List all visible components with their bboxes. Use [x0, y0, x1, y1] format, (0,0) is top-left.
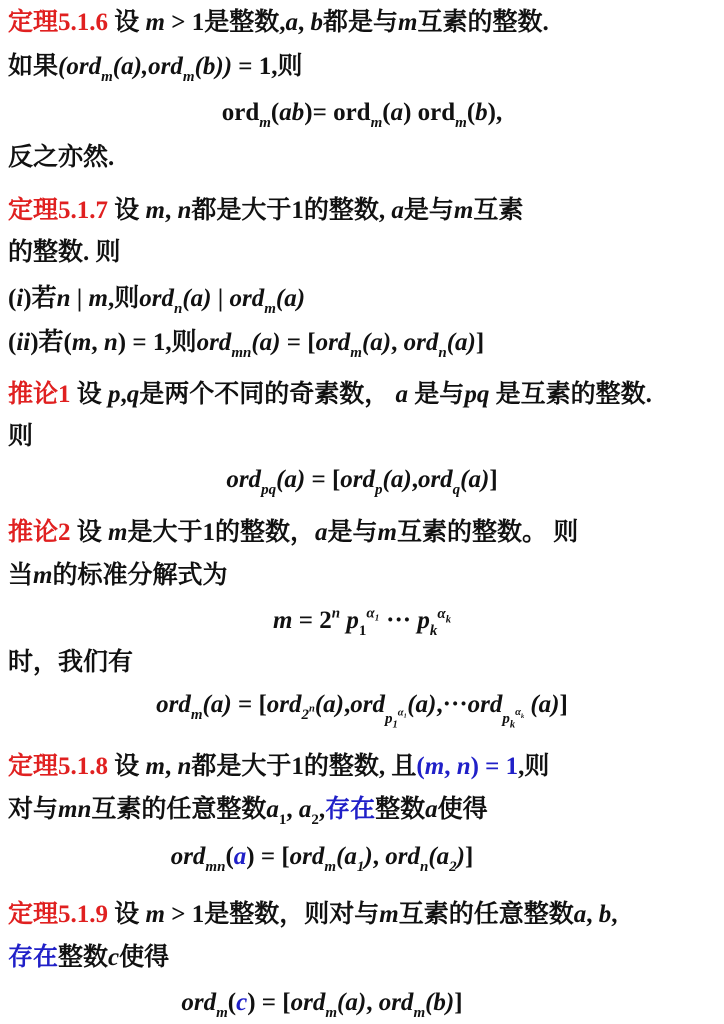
corollary-2-formula: ordm(a) = [ord2n(a),ordp1α₁(a),···ordpkα…: [0, 690, 724, 725]
theorem-5-1-9-formula: ordm(c) = [ordm(a), ordm(b)]: [0, 988, 724, 1018]
theorem-5-1-7-statement: 定理5.1.7 设 m, n都是大于1的整数, a是与m互素: [8, 196, 523, 226]
corollary-1-formula: ordpq(a) = [ordp(a),ordq(a)]: [0, 465, 724, 495]
theorem-5-1-9-line2: 存在整数c使得: [8, 943, 169, 973]
theorem-5-1-6-statement: 定理5.1.6 设 m > 1是整数,a, b都是与m互素的整数.: [8, 8, 549, 38]
theorem-text: 设 m > 1是整数,a, b都是与m互素的整数.: [114, 9, 548, 36]
theorem-label: 定理5.1.8: [8, 753, 108, 780]
theorem-label: 定理5.1.9: [8, 901, 108, 928]
theorem-5-1-8-formula: ordmn(a) = [ordm(a1), ordn(a2)]: [0, 842, 724, 872]
theorem-5-1-8-line2: 对与mn互素的任意整数a1, a2,存在整数a使得: [8, 795, 488, 825]
theorem-5-1-6-formula: ordm(ab)= ordm(a) ordm(b),: [0, 98, 724, 128]
corollary-2-line2: 当m的标准分解式为: [8, 561, 227, 591]
corollary-2-factorization: m = 2n p1α₁ ··· pkαk: [0, 606, 724, 636]
theorem-5-1-7-item-i: (i)若n | m,则ordn(a) | ordm(a): [8, 284, 305, 314]
theorem-5-1-9-statement: 定理5.1.9 设 m > 1是整数，则对与m互素的任意整数a, b,: [8, 900, 617, 930]
theorem-5-1-7-line2: 的整数. 则: [8, 238, 121, 268]
theorem-5-1-8-statement: 定理5.1.8 设 m, n都是大于1的整数, 且(m, n) = 1,则: [8, 752, 549, 782]
corollary-2-line3: 时，我们有: [8, 648, 133, 678]
corollary-label: 推论1: [8, 381, 71, 408]
theorem-label: 定理5.1.7: [8, 197, 108, 224]
theorem-label: 定理5.1.6: [8, 9, 108, 36]
corollary-1-then: 则: [8, 422, 33, 452]
theorem-5-1-6-converse: 反之亦然.: [8, 143, 114, 173]
exists-keyword: 存在: [325, 796, 375, 823]
theorem-5-1-7-item-ii: (ii)若(m, n) = 1,则ordmn(a) = [ordm(a), or…: [8, 328, 484, 358]
coprime-condition: (m, n) = 1: [416, 753, 518, 780]
corollary-label: 推论2: [8, 519, 71, 546]
exists-keyword: 存在: [8, 944, 58, 971]
corollary-1-statement: 推论1 设 p,q是两个不同的奇素数， a 是与pq 是互素的整数.: [8, 380, 652, 410]
corollary-2-statement: 推论2 设 m是大于1的整数，a是与m互素的整数。 则: [8, 518, 578, 548]
theorem-5-1-6-condition: 如果(ordm(a),ordm(b)) = 1,则: [8, 52, 303, 82]
